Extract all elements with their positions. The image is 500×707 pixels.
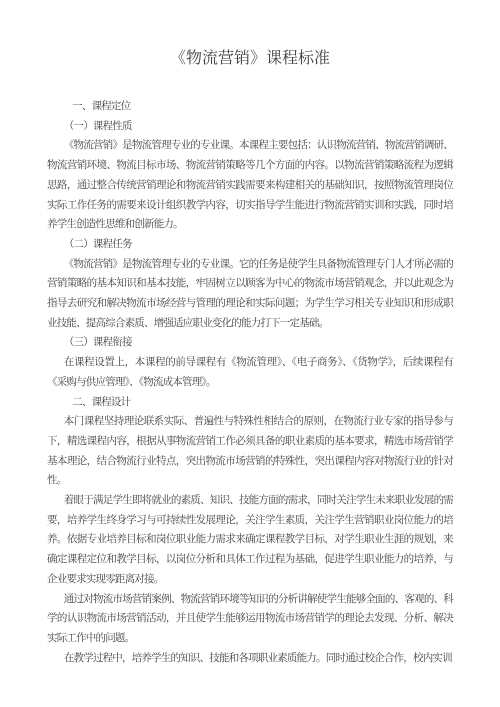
- subsection-heading: （一）课程性质: [47, 117, 453, 137]
- section-heading: 二、课程设计: [47, 393, 453, 413]
- paragraph: 《物流营销》是物流管理专业的专业课。本课程主要包括：认识物流营销、物流营销调研、…: [47, 136, 453, 235]
- paragraph: 通过对物流市场营销案例、物流营销环境等知识的分析讲解使学生能够全面的、客观的、科…: [47, 590, 453, 649]
- document-content: 《物流营销》课程标准 一、课程定位（一）课程性质《物流营销》是物流管理专业的专业…: [47, 0, 453, 668]
- paragraph: 《物流营销》是物流管理专业的专业课。它的任务是使学生具备物流管理专门人才所必需的…: [47, 255, 453, 334]
- paragraph: 着眼于满足学生即将就业的素质、知识、技能方面的需求，同时关注学生未来职业发展的需…: [47, 491, 453, 590]
- subsection-heading: （二）课程任务: [47, 235, 453, 255]
- document-title: 《物流营销》课程标准: [47, 46, 453, 71]
- document-body: 一、课程定位（一）课程性质《物流营销》是物流管理专业的专业课。本课程主要包括：认…: [47, 97, 453, 668]
- section-heading: 一、课程定位: [47, 97, 453, 117]
- paragraph: 本门课程坚持理论联系实际、普遍性与特殊性相结合的原则，在物流行业专家的指导参与下…: [47, 412, 453, 491]
- paragraph: 在课程设置上，本课程的前导课程有《物流管理》、《电子商务》、《货物学》，后续课程…: [47, 353, 453, 392]
- subsection-heading: （三）课程衔接: [47, 333, 453, 353]
- paragraph: 在教学过程中，培养学生的知识、技能和各项职业素质能力。同时通过校企合作，校内实训: [47, 649, 453, 669]
- document-page: 《物流营销》课程标准 一、课程定位（一）课程性质《物流营销》是物流管理专业的专业…: [0, 0, 500, 707]
